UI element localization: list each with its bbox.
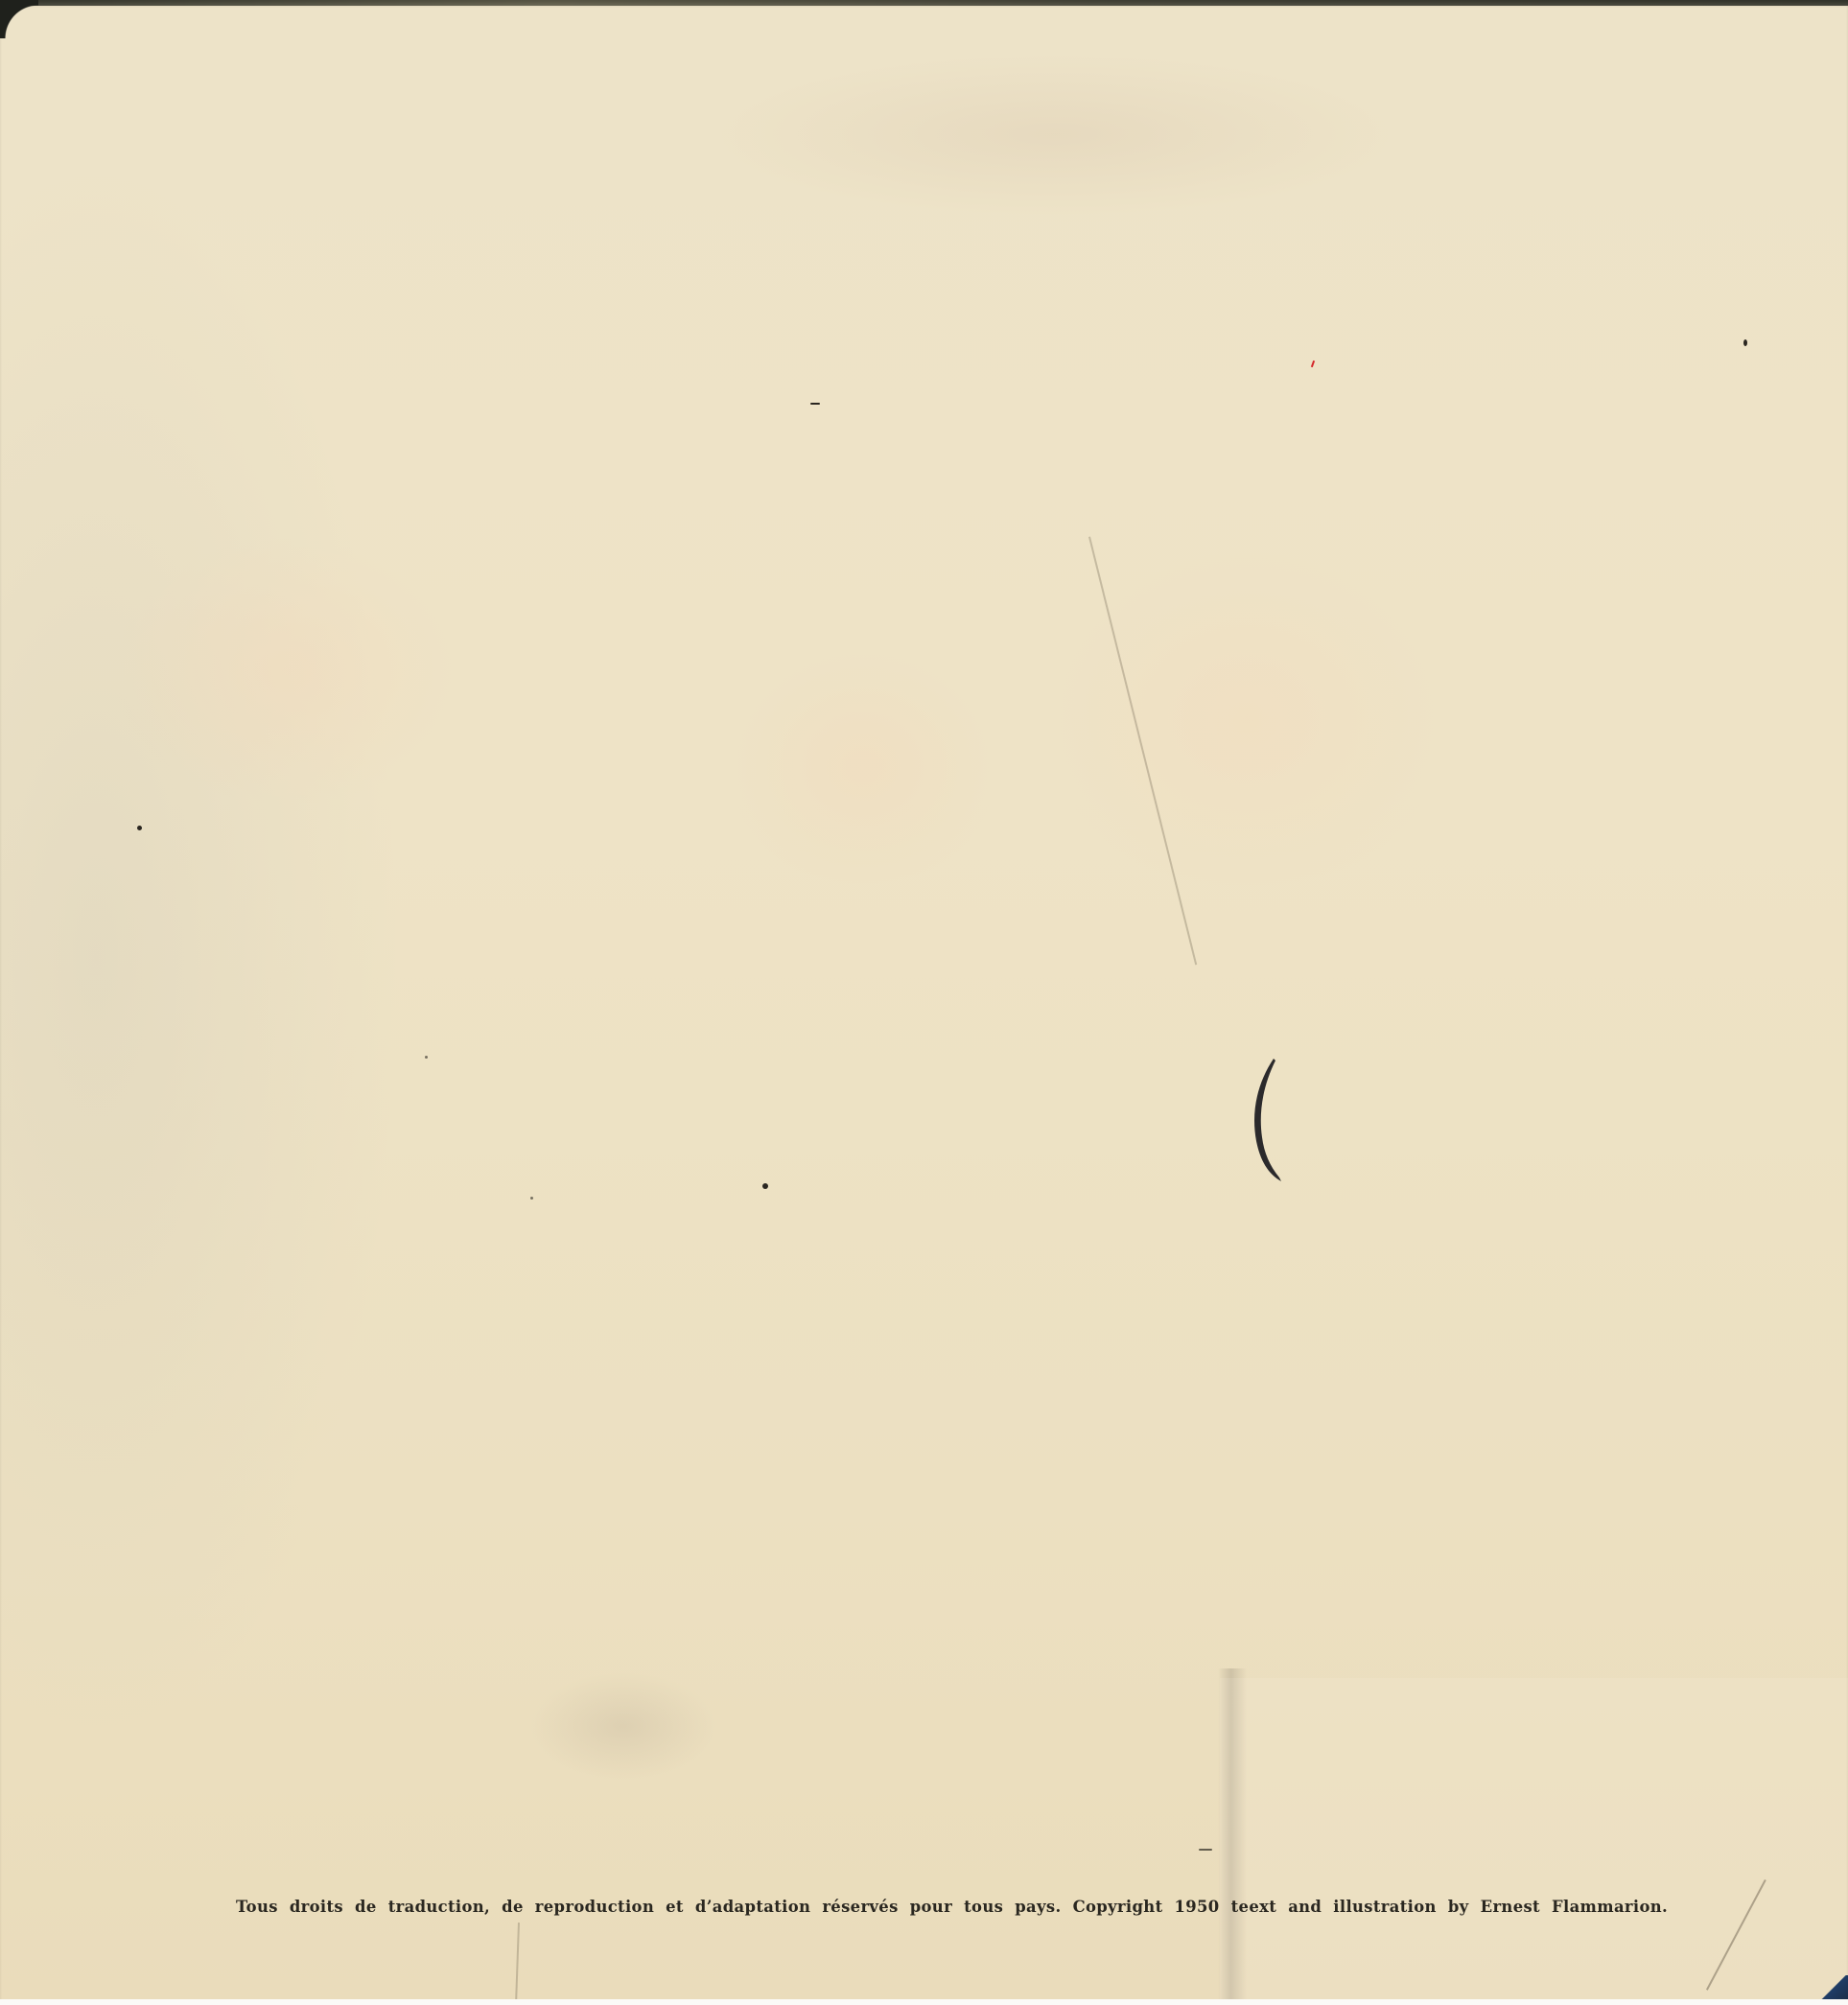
ink-speck xyxy=(1199,1849,1212,1851)
page-fold-region xyxy=(1220,1678,1848,1999)
page-top-edge-shadow xyxy=(0,0,1848,6)
scan-bottom-margin xyxy=(0,1999,1848,2005)
ink-speck xyxy=(530,1197,533,1200)
ink-speck xyxy=(810,403,820,405)
paper-crease xyxy=(515,1923,520,1999)
ink-speck xyxy=(137,826,142,830)
handwritten-parenthesis-mark xyxy=(1245,1053,1291,1187)
copyright-notice: Tous droits de traduction, de reproducti… xyxy=(236,1898,1626,1916)
paper-crease xyxy=(1088,537,1197,966)
book-page: Tous droits de traduction, de reproducti… xyxy=(0,0,1848,1999)
ink-speck xyxy=(425,1056,428,1059)
ink-speck xyxy=(762,1183,768,1189)
page-corner-rounded xyxy=(0,0,38,38)
ink-speck xyxy=(1743,339,1747,346)
red-ink-speck xyxy=(1311,361,1315,367)
